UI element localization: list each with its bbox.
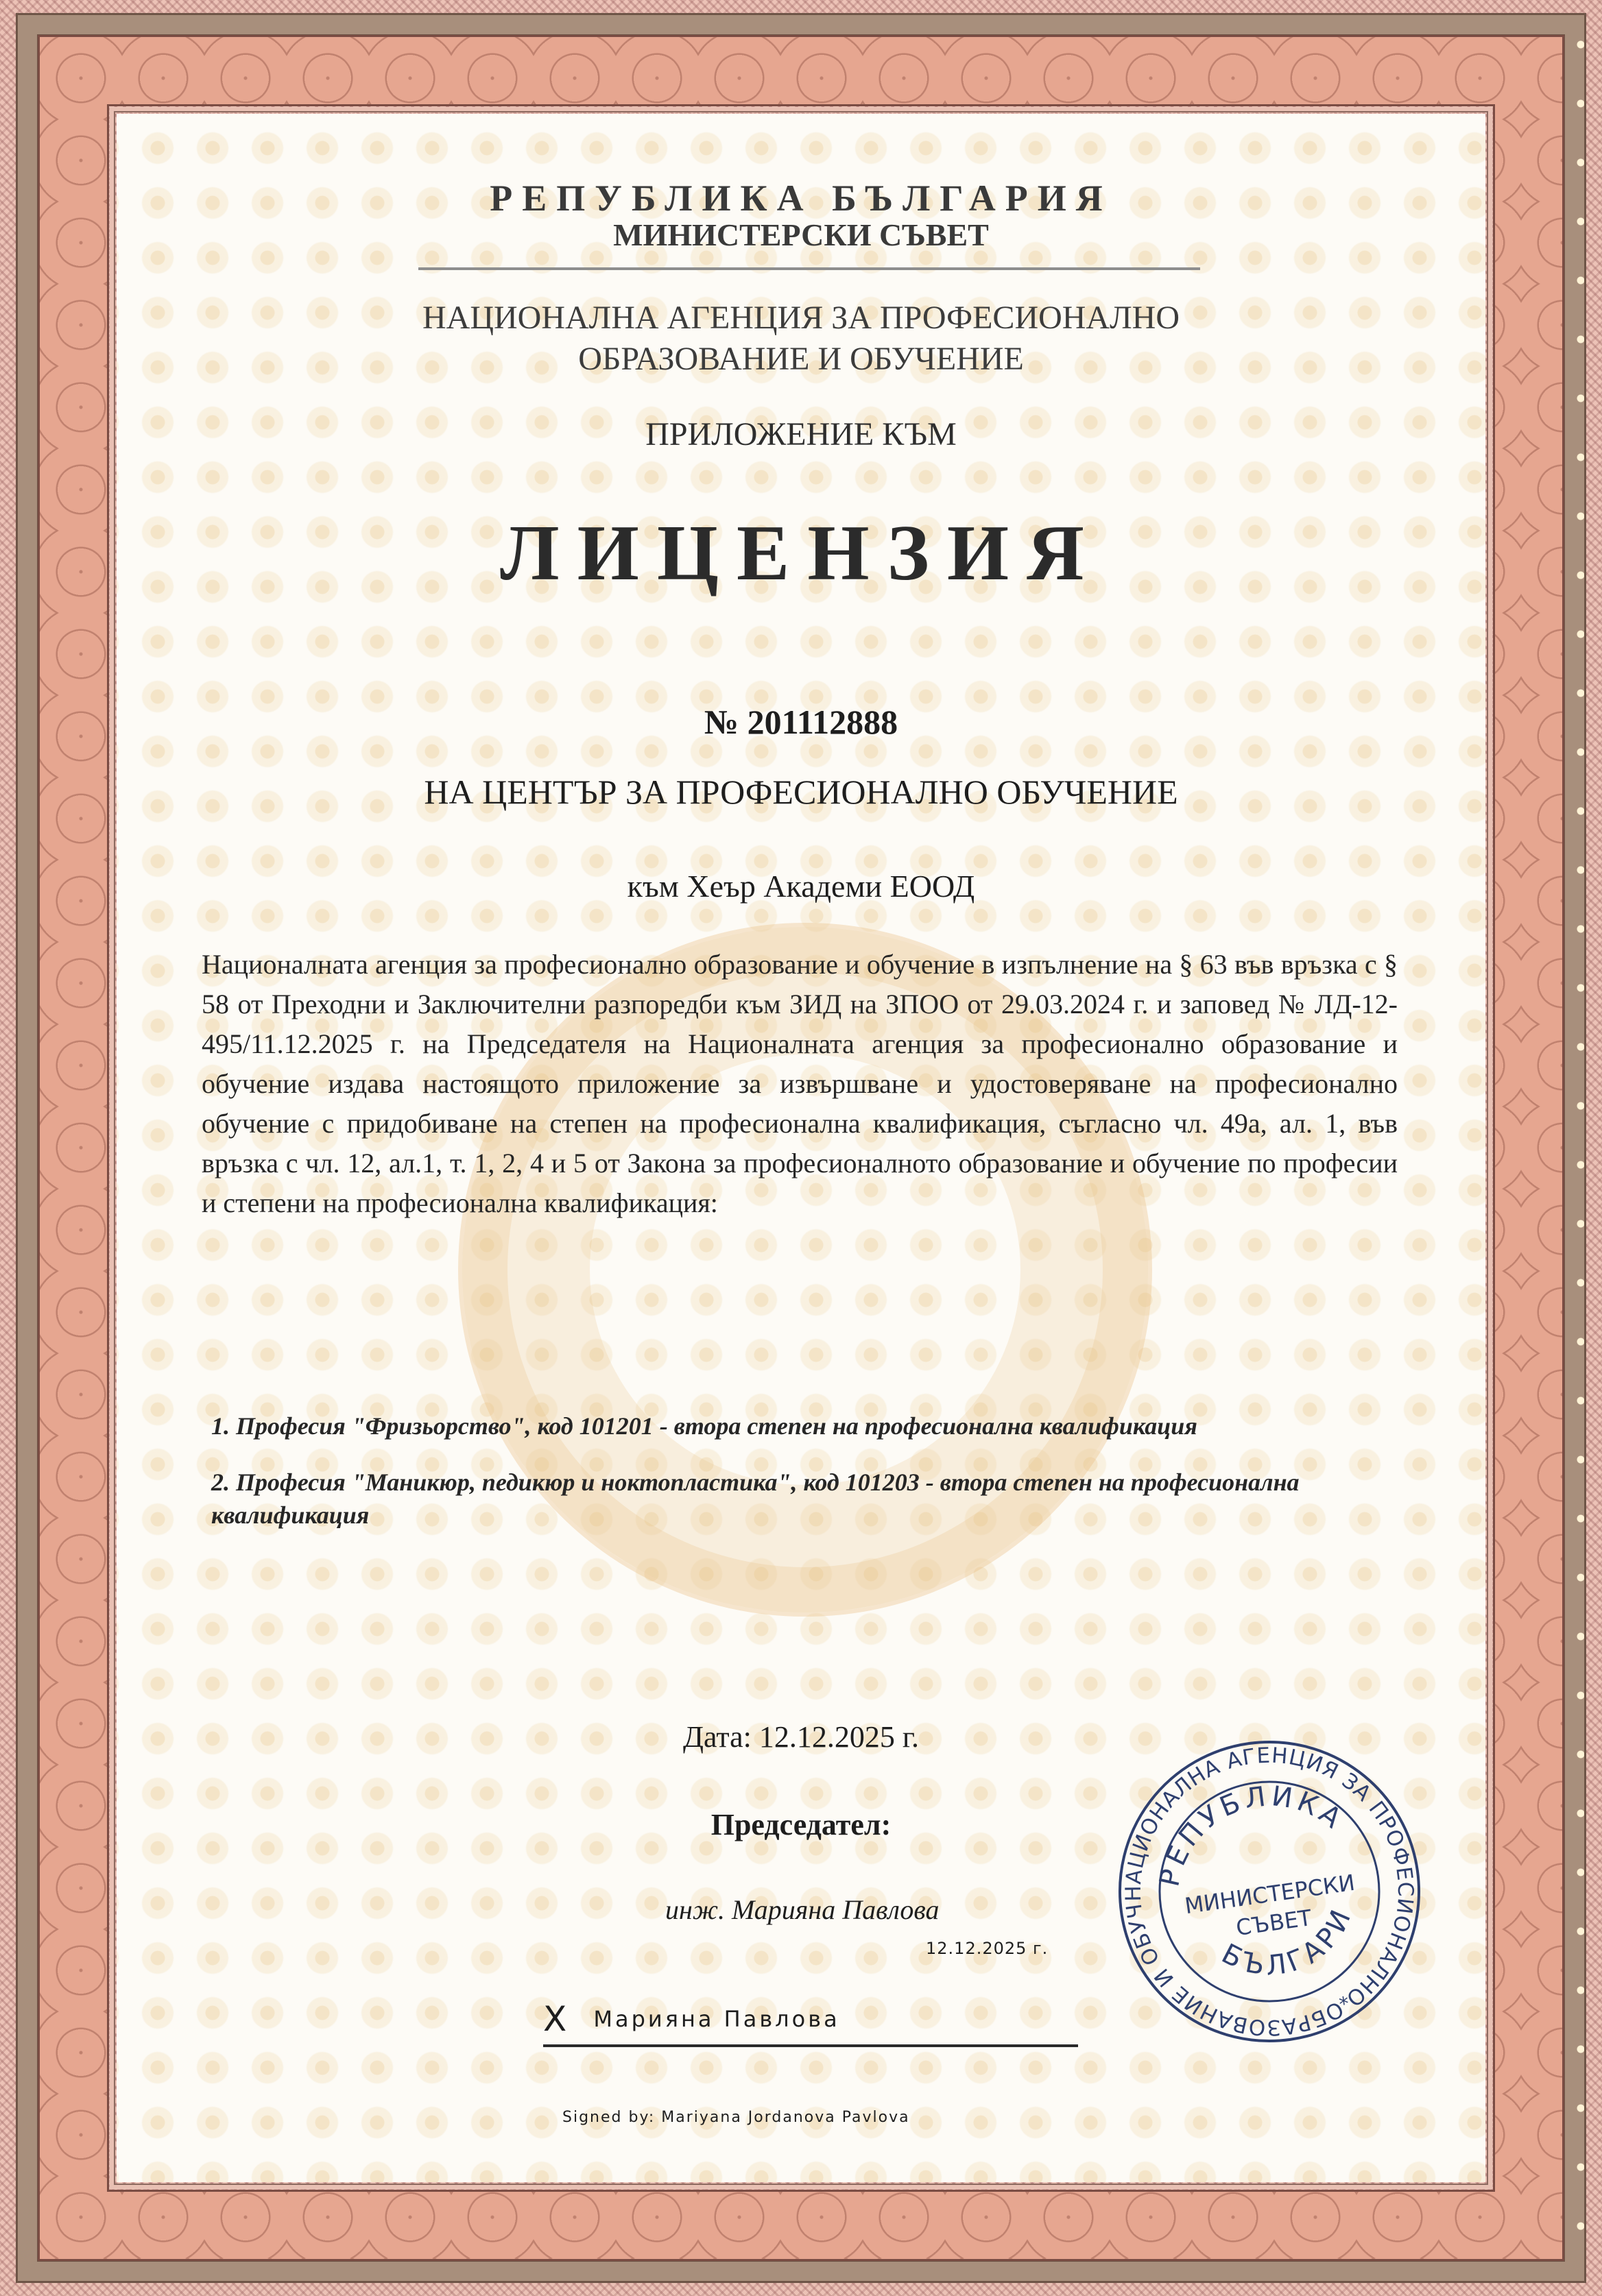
profession-item: 1. Професия "Фризьорство", код 101201 - … (211, 1410, 1411, 1442)
document-title: ЛИЦЕНЗИЯ (117, 508, 1485, 599)
esignature-name: Марияна Павлова (593, 2006, 839, 2032)
stamp-seal-icon: НАЦИОНАЛНА АГЕНЦИЯ ЗА ПРОФЕСИОНАЛНО ОБРА… (1095, 1717, 1444, 2066)
esignature-line: X Марияна Павлова (543, 1999, 1078, 2047)
header-divider (418, 267, 1200, 270)
header-appendix: ПРИЛОЖЕНИЕ КЪМ (117, 415, 1485, 453)
profession-list: 1. Професия "Фризьорство", код 101201 - … (211, 1410, 1411, 1555)
signature-x-mark: X (543, 1999, 566, 2039)
license-number: № 201112888 (117, 702, 1485, 742)
certificate-paper: РЕПУБЛИКА БЪЛГАРИЯ МИНИСТЕРСКИ СЪВЕТ НАЦ… (117, 114, 1485, 2182)
header-council: МИНИСТЕРСКИ СЪВЕТ (117, 217, 1485, 253)
license-center-label: НА ЦЕНТЪР ЗА ПРОФЕСИОНАЛНО ОБУЧЕНИЕ (117, 772, 1485, 812)
profession-item: 2. Професия "Маникюр, педикюр и ноктопла… (211, 1466, 1411, 1532)
header-republic: РЕПУБЛИКА БЪЛГАРИЯ (117, 177, 1485, 219)
body-paragraph: Националната агенция за професионално об… (202, 945, 1398, 1223)
license-company: към Хеър Академи ЕООД (117, 868, 1485, 904)
signed-by-caption: Signed by: Mariyana Jordanova Pavlova (562, 2109, 910, 2126)
header-agency-line1: НАЦИОНАЛНА АГЕНЦИЯ ЗА ПРОФЕСИОНАЛНО (117, 299, 1485, 337)
official-stamp: НАЦИОНАЛНА АГЕНЦИЯ ЗА ПРОФЕСИОНАЛНО ОБРА… (1095, 1717, 1444, 2066)
header-agency-line2: ОБРАЗОВАНИЕ И ОБУЧЕНИЕ (117, 340, 1485, 378)
chair-name: инж. Марияна Павлова (665, 1894, 940, 1926)
esignature-date: 12.12.2025 г. (926, 1939, 1048, 1958)
